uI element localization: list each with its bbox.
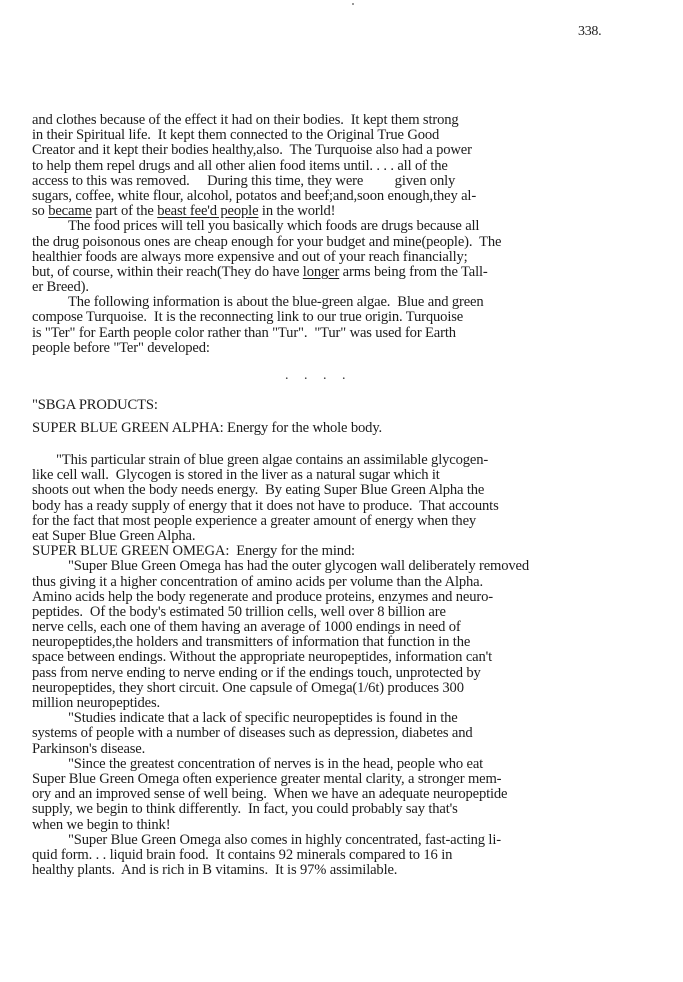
text-line: peptides. Of the body's estimated 50 tri… bbox=[32, 605, 624, 620]
text-line: but, of course, within their reach(They … bbox=[32, 265, 624, 280]
text-line: nerve cells, each one of them having an … bbox=[32, 620, 624, 635]
text-line: is "Ter" for Earth people color rather t… bbox=[32, 326, 624, 341]
text-line: body has a ready supply of energy that i… bbox=[32, 499, 624, 514]
text-line: neuropeptides, they short circuit. One c… bbox=[32, 681, 624, 696]
text-line: to help them repel drugs and all other a… bbox=[32, 159, 624, 174]
text-line: Amino acids help the body regenerate and… bbox=[32, 590, 624, 605]
page-number: 338. bbox=[578, 24, 601, 40]
text-line: "Super Blue Green Omega has had the oute… bbox=[32, 559, 624, 574]
scan-speck bbox=[352, 3, 354, 5]
text-line: compose Turquoise. It is the reconnectin… bbox=[32, 310, 624, 325]
text-line: sugars, coffee, white flour, alcohol, po… bbox=[32, 189, 624, 204]
text-line: for the fact that most people experience… bbox=[32, 514, 624, 529]
text-line: pass from nerve ending to nerve ending o… bbox=[32, 666, 624, 681]
text-fragment: part of the bbox=[92, 203, 157, 219]
underlined-word: became bbox=[48, 203, 92, 219]
text-line: space between endings. Without the appro… bbox=[32, 650, 624, 665]
text-line: access to this was removed. During this … bbox=[32, 174, 624, 189]
text-line: people before "Ter" developed: bbox=[32, 341, 624, 356]
text-line: million neuropeptides. bbox=[32, 696, 624, 711]
text-line: in their Spiritual life. It kept them co… bbox=[32, 128, 624, 143]
omega-heading: SUPER BLUE GREEN OMEGA: Energy for the m… bbox=[32, 544, 624, 559]
text-line: "Super Blue Green Omega also comes in hi… bbox=[32, 833, 624, 848]
products-body: "This particular strain of blue green al… bbox=[32, 453, 624, 878]
text-line: neuropeptides,the holders and transmitte… bbox=[32, 635, 624, 650]
underlined-word: longer bbox=[303, 264, 339, 280]
text-fragment: but, of course, within their reach(They … bbox=[32, 264, 303, 280]
text-fragment: so bbox=[32, 203, 48, 219]
products-heading: "SBGA PRODUCTS: bbox=[32, 398, 624, 413]
text-line: quid form. . . liquid brain food. It con… bbox=[32, 848, 624, 863]
text-line: and clothes because of the effect it had… bbox=[32, 113, 624, 128]
alpha-heading: SUPER BLUE GREEN ALPHA: Energy for the w… bbox=[32, 421, 624, 436]
text-line: healthy plants. And is rich in B vitamin… bbox=[32, 863, 624, 878]
text-line: er Breed). bbox=[32, 280, 624, 295]
text-line: eat Super Blue Green Alpha. bbox=[32, 529, 624, 544]
text-line: healthier foods are always more expensiv… bbox=[32, 250, 624, 265]
text-line: The following information is about the b… bbox=[32, 295, 624, 310]
text-fragment: arms being from the Tall- bbox=[339, 264, 487, 280]
text-line: thus giving it a higher concentration of… bbox=[32, 575, 624, 590]
text-line: like cell wall. Glycogen is stored in th… bbox=[32, 468, 624, 483]
text-line: Super Blue Green Omega often experience … bbox=[32, 772, 624, 787]
text-line: "This particular strain of blue green al… bbox=[32, 453, 624, 468]
text-line: Creator and it kept their bodies healthy… bbox=[32, 143, 624, 158]
text-line: "Studies indicate that a lack of specifi… bbox=[32, 711, 624, 726]
text-line: Parkinson's disease. bbox=[32, 742, 624, 757]
text-line: when we begin to think! bbox=[32, 818, 624, 833]
text-line: shoots out when the body needs energy. B… bbox=[32, 483, 624, 498]
text-line: The food prices will tell you basically … bbox=[32, 219, 624, 234]
text-line: ory and an improved sense of well being.… bbox=[32, 787, 624, 802]
text-line: the drug poisonous ones are cheap enough… bbox=[32, 235, 624, 250]
products-heading-block: "SBGA PRODUCTS: SUPER BLUE GREEN ALPHA: … bbox=[32, 398, 624, 436]
text-line: so became part of the beast fee'd people… bbox=[32, 204, 624, 219]
underlined-phrase: beast fee'd people bbox=[157, 203, 258, 219]
text-line: systems of people with a number of disea… bbox=[32, 726, 624, 741]
text-fragment: in the world! bbox=[258, 203, 335, 219]
intro-section: and clothes because of the effect it had… bbox=[32, 113, 624, 356]
text-line: "Since the greatest concentration of ner… bbox=[32, 757, 624, 772]
section-separator: . . . . bbox=[285, 368, 352, 384]
text-line: supply, we begin to think differently. I… bbox=[32, 802, 624, 817]
